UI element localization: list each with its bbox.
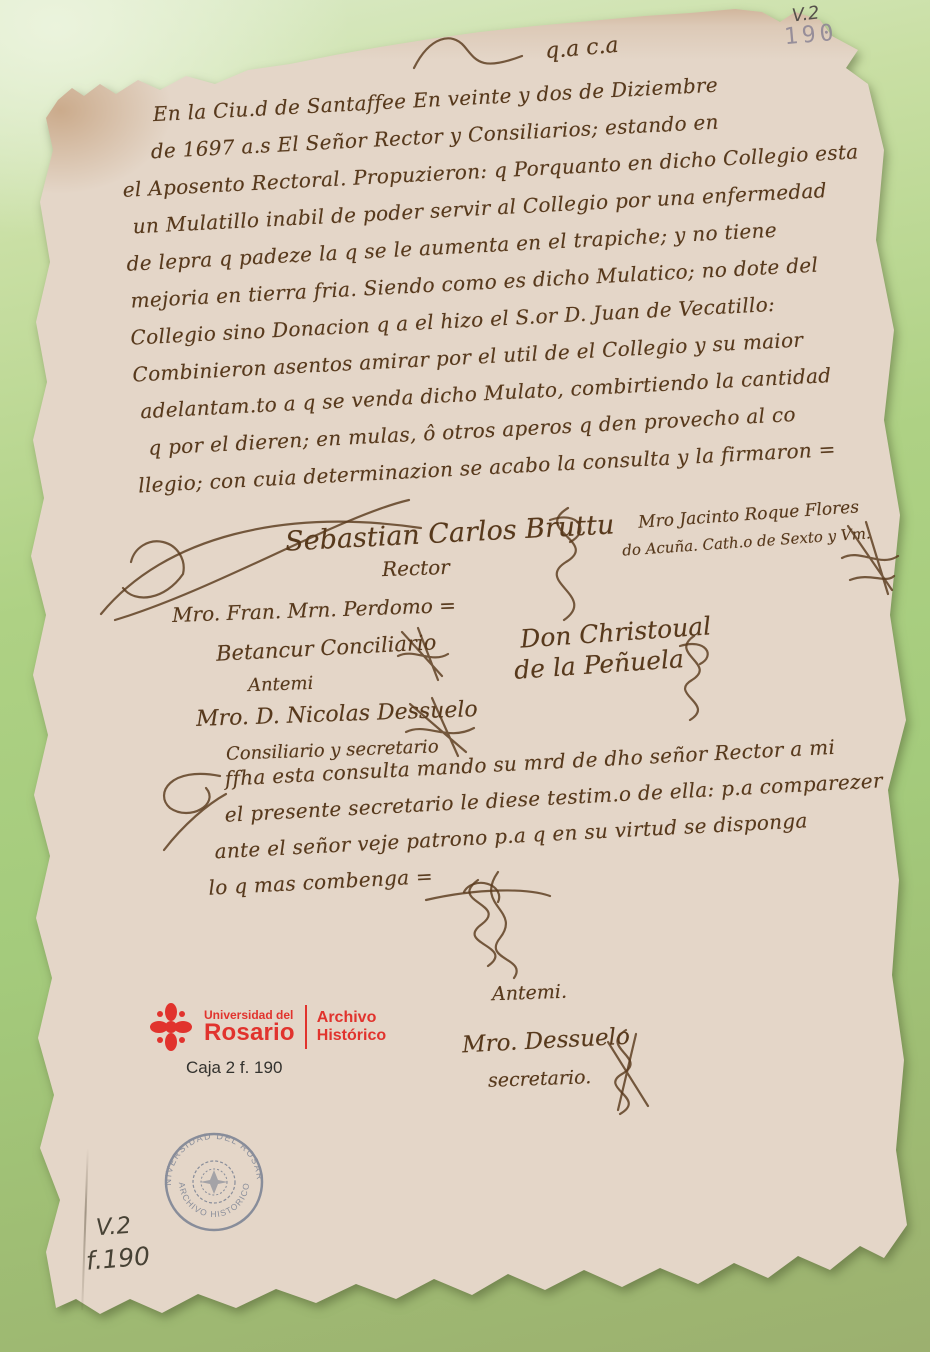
- photographed-archive-document: q.a c.a En la Ciu.d de Santaffee En vein…: [0, 0, 930, 1352]
- flores-rubric-icon: [836, 518, 902, 598]
- rosario-emblem-icon: [148, 1002, 194, 1052]
- logo-divider: [305, 1005, 307, 1049]
- archive-round-stamp-icon: UNIVERSIDAD DEL ROSARIO ARCHIVO HISTORIC…: [158, 1126, 270, 1238]
- university-wordmark-name: Rosario: [204, 1021, 295, 1045]
- universidad-rosario-archivo-logo: Universidad del Rosario Archivo Históric…: [148, 1002, 386, 1052]
- betancur-rubric-icon: [392, 622, 452, 684]
- university-wordmark: Universidad del Rosario: [204, 1009, 295, 1045]
- signature-antemi: Antemi: [248, 673, 314, 696]
- penuela-rubric-icon: [660, 632, 726, 724]
- combenga-rubric-icon: [418, 862, 558, 982]
- box-folio-caption: Caja 2 f. 190: [186, 1058, 282, 1078]
- rector-rubric-icon: [520, 502, 610, 627]
- archive-department-label: Archivo Histórico: [317, 1009, 386, 1046]
- bottom-secretario: secretario.: [488, 1066, 592, 1092]
- bottom-antemi: Antemi.: [492, 981, 568, 1006]
- bottom-left-folio-annotation: f.190: [85, 1241, 151, 1275]
- top-right-folio-stamp: 190: [783, 20, 839, 51]
- bottom-left-volume-annotation: V.2: [95, 1213, 132, 1241]
- archive-dept-line1: Archivo: [317, 1009, 386, 1027]
- header-ink-flourish-icon: [408, 28, 528, 78]
- closing-initial-flourish-icon: [150, 764, 230, 854]
- archive-dept-line2: Histórico: [317, 1027, 386, 1045]
- signature-rector-role: Rector: [382, 555, 451, 581]
- manuscript-body-paragraph: En la Ciu.d de Santaffee En veinte y dos…: [118, 59, 883, 504]
- dessuelo-rubric-icon: [588, 1026, 664, 1118]
